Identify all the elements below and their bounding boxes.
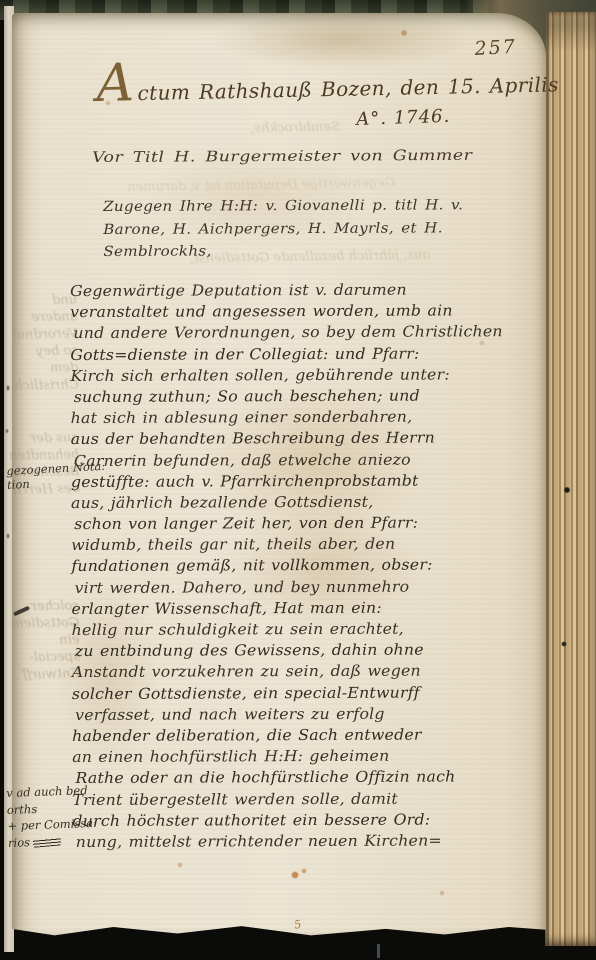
salutation-line: Vor Titl H. Burgermeister von Gummer (92, 148, 472, 166)
strikethrough-scribble (33, 837, 62, 847)
body-line: an einen hochfürstlich H:H: geheimen (72, 745, 505, 768)
body-line: virt werden. Dahero, und bey nunmehro (75, 576, 504, 599)
body-line: und andere Verordnungen, so bey dem Chri… (73, 322, 502, 345)
body-line: gestüffte: auch v. Pfarrkirchenprobstamb… (71, 470, 504, 493)
margin-note-line: + per Comissa: (7, 815, 97, 835)
body-line: durch höchster authoritet ein bessere Or… (72, 809, 505, 832)
attendance-line: Zugegen Ihre H:H: v. Giovanelli p. titl … (103, 194, 463, 218)
book-fore-edge-pages (545, 12, 596, 946)
body-line: solcher Gottsdienste, ein special-Entwur… (72, 682, 505, 705)
body-line: erlangter Wissenschaft, Hat man ein: (71, 597, 504, 620)
body-line: Anstandt vorzukehren zu sein, daß wegen (72, 661, 505, 684)
body-line: zu entbindung des Gewissens, dahin ohne (75, 639, 504, 662)
body-line: Trient übergestellt werden solle, damit (72, 788, 505, 811)
body-line: Gotts=dienste in der Collegiat: und Pfar… (70, 343, 503, 366)
body-line: fundationen gemäß, nit vollkommen, obser… (71, 555, 504, 578)
body-line: Kirch sich erhalten sollen, gebührende u… (70, 364, 503, 387)
body-line: schon von langer Zeit her, von den Pfarr… (74, 512, 503, 535)
body-line: Gegenwärtige Deputation ist v. darumen (70, 279, 503, 302)
body-line: veranstaltet und angesessen worden, umb … (70, 300, 503, 323)
body-line: hat sich in ablesung einer sonderbahren, (71, 406, 504, 429)
attendance-block: Zugegen Ihre H:H: v. Giovanelli p. titl … (103, 194, 464, 263)
attendance-line: Semblrockhs, (103, 239, 463, 263)
heading-line-2: A°. 1746. (356, 106, 451, 130)
body-line: nung, mittelst errichtender neuen Kirche… (76, 830, 505, 853)
body-line: Rathe oder an die hochfürstliche Offizin… (75, 767, 504, 790)
margin-note-line: v ad auch bed (6, 782, 96, 802)
margin-note-line: rios (8, 831, 98, 851)
margin-note-lower: v ad auch bed orths + per Comissa: rios (6, 782, 98, 851)
scanner-artifact-line (377, 944, 380, 958)
body-line: suchung zuthun; So auch beschehen; und (74, 385, 503, 408)
bleedthrough-text: Semblrockhs, (200, 119, 340, 139)
body-line: verfasset, und nach weiters zu erfolg (75, 703, 504, 726)
body-line: aus, jährlich bezallende Gottsdienst, (71, 491, 504, 514)
body-line: Carnerin befunden, daß etwelche aniezo (74, 449, 503, 472)
manuscript-scan: und andere Verordnungen, so bey dem Chri… (0, 0, 596, 960)
body-line: widumb, theils gar nit, theils aber, den (71, 533, 504, 556)
body-line: hellig nur schuldigkeit zu sein erachtet… (72, 618, 505, 641)
bleedthrough-text: und andere Verordnungen, so bey dem Chri… (11, 291, 79, 407)
body-line: habender deliberation, die Sach entweder (72, 724, 505, 747)
heading-line-1: Actum Rathshauß Bozen, den 15. Aprilis (96, 57, 537, 112)
body-line: aus der behandten Beschreibung des Herrn (71, 428, 504, 451)
body-text-block: Gegenwärtige Deputation ist v. darumen v… (70, 279, 505, 853)
margin-note-upper: gezogenen Nota: tion (6, 459, 106, 492)
attendance-line: Barone, H. Aichpergers, H. Mayrls, et H. (103, 217, 463, 241)
